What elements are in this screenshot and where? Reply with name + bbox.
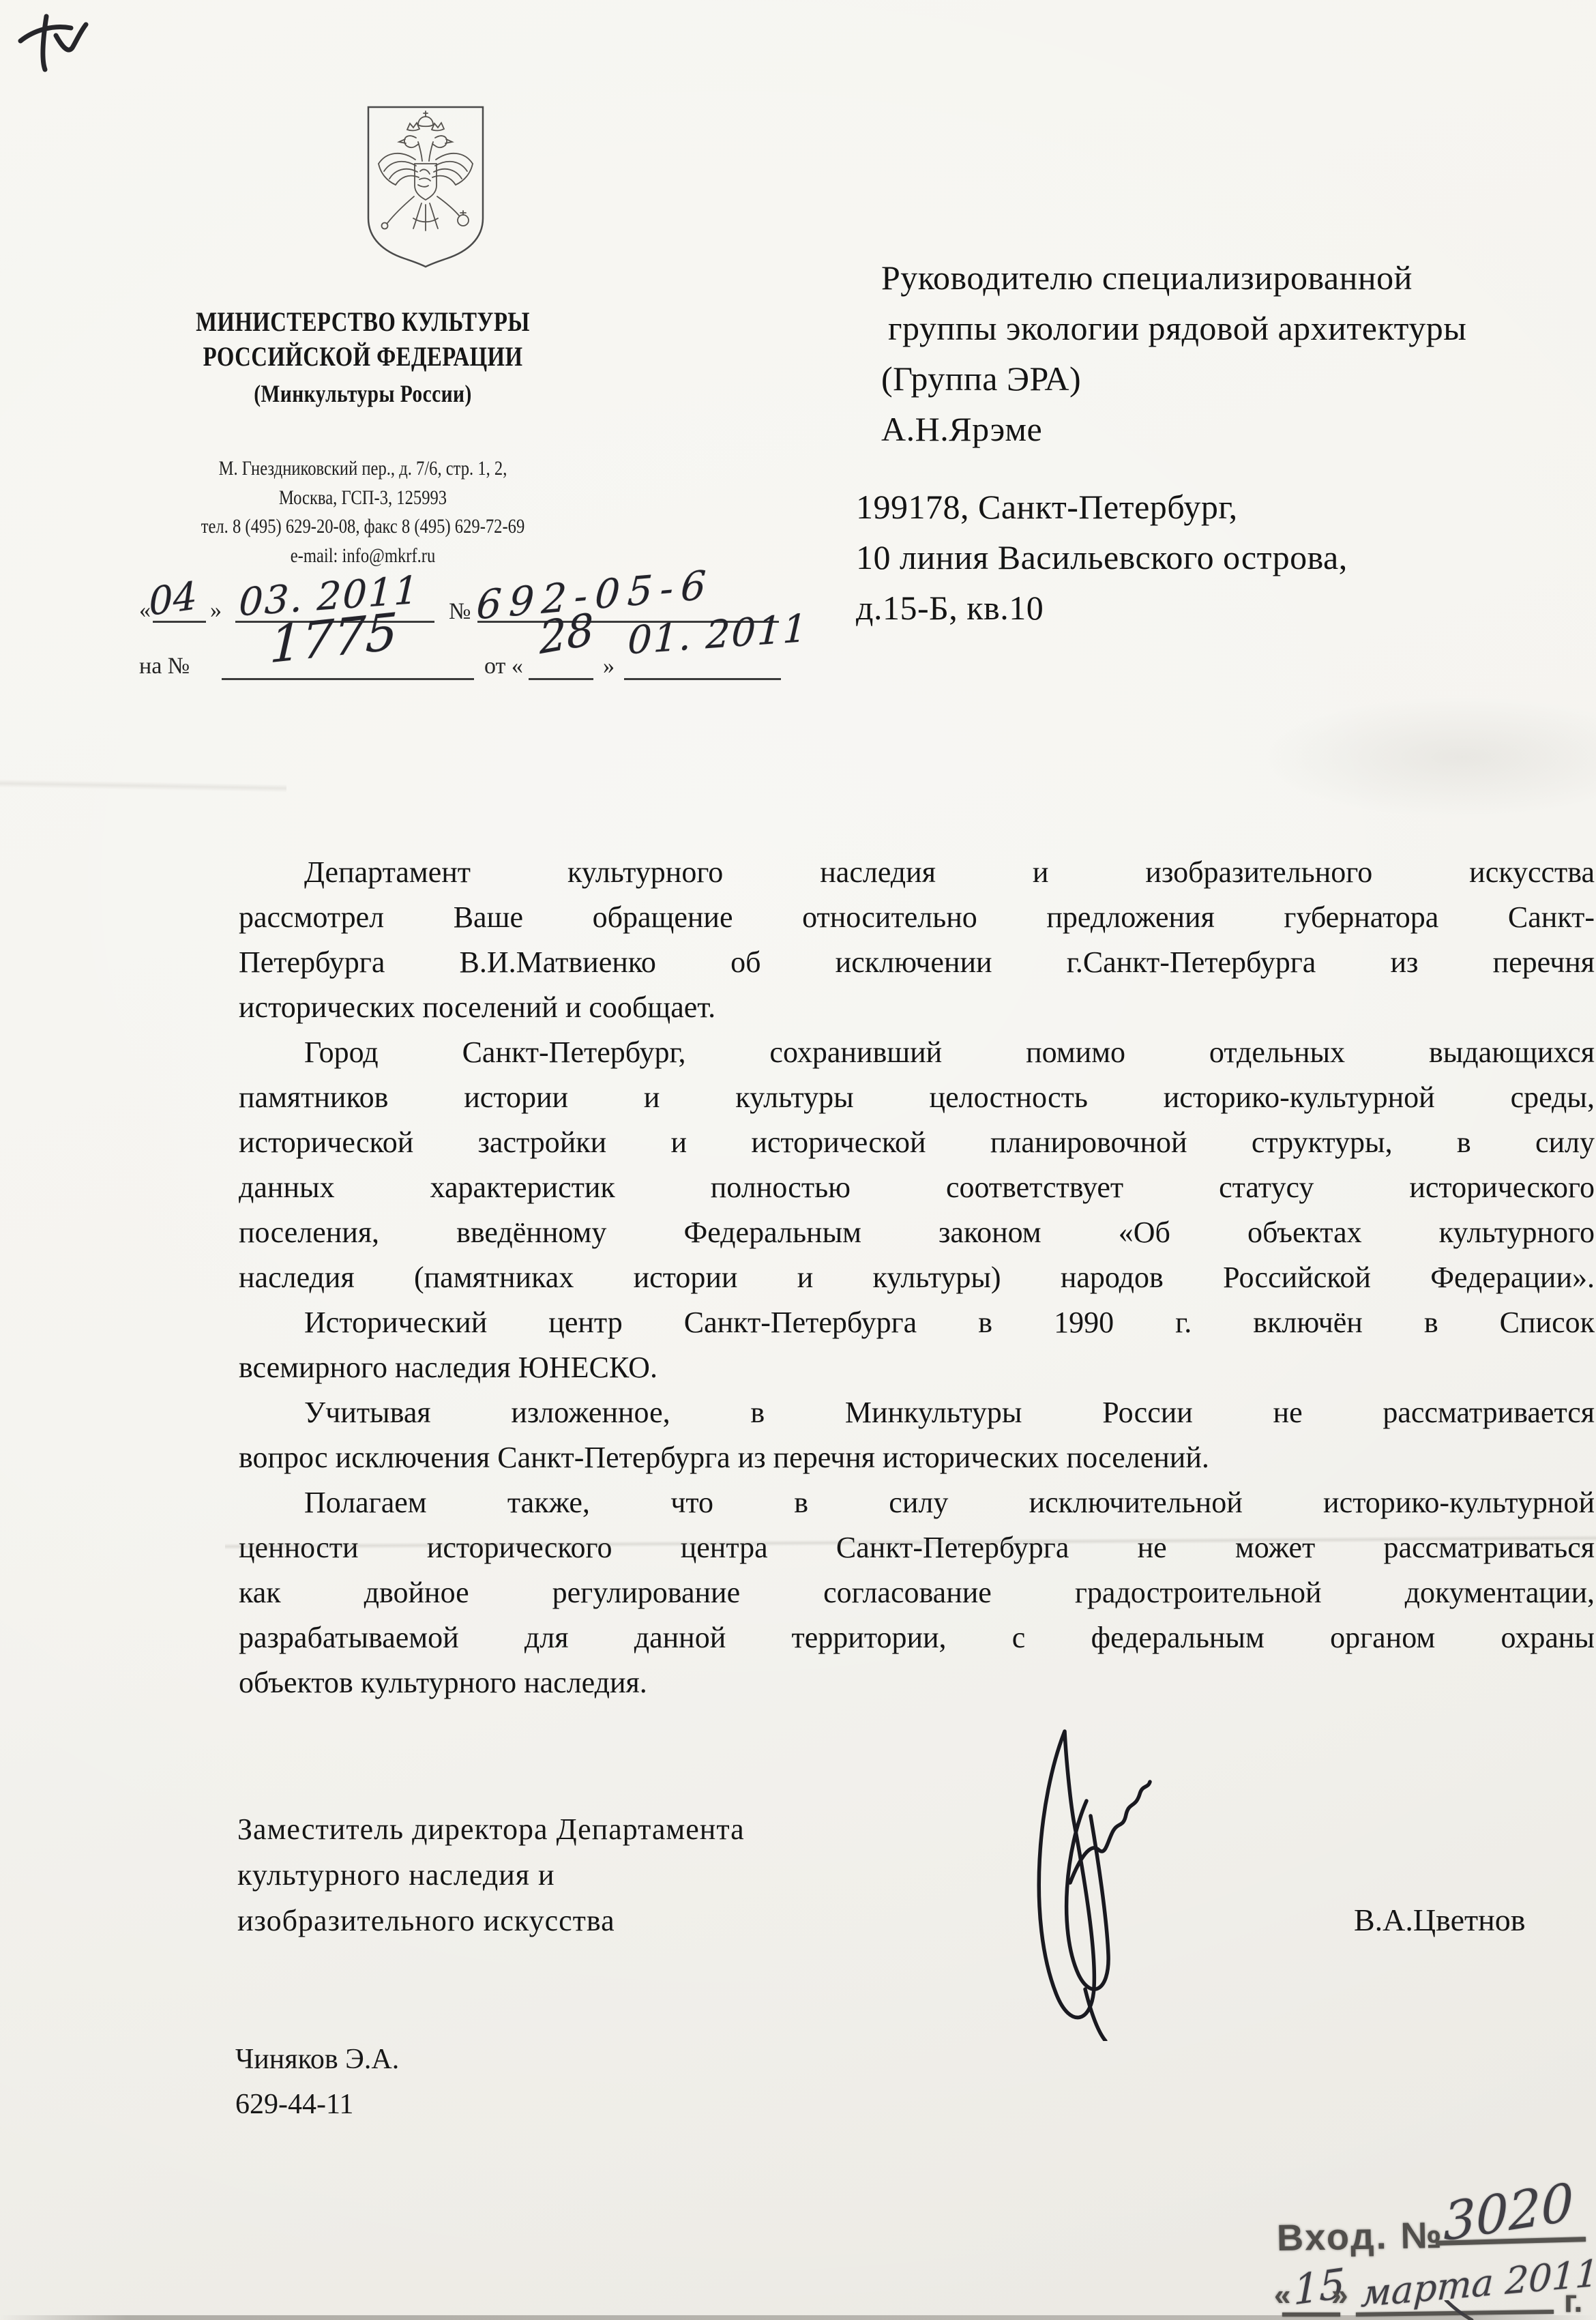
ministry-address-line: Москва, ГСП-3, 125993 <box>178 484 547 513</box>
stamp-close-quote: » <box>1331 2278 1348 2312</box>
recipient-address-line: 10 линия Васильевского острова, <box>856 532 1348 583</box>
ruled-line <box>222 678 474 680</box>
handwritten-day: 04 <box>148 574 198 625</box>
body-line: разрабатываемой для данной территории, с… <box>239 1615 1595 1660</box>
body-line: объектов культурного наследия. <box>239 1660 1595 1705</box>
ministry-address-block: М. Гнездниковский пер., д. 7/6, стр. 1, … <box>178 454 547 570</box>
body-line: данных характеристик полностью соответст… <box>239 1165 1595 1210</box>
recipient-address-line: д.15-Б, кв.10 <box>856 583 1348 633</box>
body-line: наследия (памятниках истории и культуры)… <box>239 1255 1595 1300</box>
coat-of-arms-icon <box>364 102 488 269</box>
body-line: исторической застройки и исторической пл… <box>239 1120 1595 1165</box>
signer-title-line: изобразительного искусства <box>237 1898 745 1943</box>
signer-title-line: культурного наследия и <box>237 1852 745 1898</box>
letter-body: Департамент культурного наследия и изобр… <box>239 850 1595 1705</box>
close-quote-label: » <box>603 654 615 679</box>
body-line: Учитывая изложенное, в Минкультуры Росси… <box>239 1390 1595 1435</box>
body-line: исторических поселений и сообщает. <box>239 985 1595 1030</box>
ruled-line <box>153 621 206 623</box>
recipient-line: А.Н.Ярэме <box>881 404 1466 454</box>
stamp-year-suffix: г. <box>1564 2282 1582 2319</box>
signer-name: В.А.Цветнов <box>1354 1902 1525 1938</box>
number-label: № <box>449 599 471 625</box>
close-quote-label: » <box>210 598 222 623</box>
body-line: поселения, введённому Федеральным законо… <box>239 1210 1595 1255</box>
executor-name: Чиняков Э.А. <box>235 2037 399 2082</box>
body-line: вопрос исключения Санкт-Петербурга из пе… <box>239 1435 1595 1480</box>
body-line: рассмотрел Ваше обращение относительно п… <box>239 895 1595 940</box>
recipient-line: группы экологии рядовой архитектуры <box>888 303 1466 353</box>
signer-title-line: Заместитель директора Департамента <box>237 1806 745 1852</box>
recipient-block: Руководителю специализированной группы э… <box>881 252 1466 454</box>
executor-phone: 629-44-11 <box>235 2082 399 2127</box>
ruled-line <box>624 678 781 680</box>
signer-title-block: Заместитель директора Департамента культ… <box>237 1806 745 1943</box>
body-line: Департамент культурного наследия и изобр… <box>239 850 1595 895</box>
recipient-line: Руководителю специализированной <box>881 252 1466 303</box>
ministry-name-line: МИНИСТЕРСТВО КУЛЬТУРЫ <box>178 304 547 339</box>
ministry-address-line: М. Гнездниковский пер., д. 7/6, стр. 1, … <box>178 454 547 484</box>
body-line: Петербурга В.И.Матвиенко об исключении г… <box>239 940 1595 985</box>
recipient-address-line: 199178, Санкт-Петербург, <box>856 482 1348 532</box>
incoming-number-label: на № <box>139 654 190 679</box>
ministry-address-line: e-mail: info@mkrf.ru <box>178 542 547 571</box>
body-line: Полагаем также, что в силу исключительно… <box>239 1480 1595 1525</box>
handwritten-incoming-number: 1775 <box>269 602 398 675</box>
corner-pen-mark-icon <box>11 5 93 74</box>
ministry-address-line: тел. 8 (495) 629-20-08, факс 8 (495) 629… <box>178 512 547 542</box>
incoming-stamp-label: Вход. № <box>1276 2214 1444 2259</box>
body-line: всемирного наследия ЮНЕСКО. <box>239 1345 1595 1390</box>
body-line: Исторический центр Санкт-Петербурга в 19… <box>239 1300 1595 1345</box>
ministry-name-line: РОССИЙСКОЙ ФЕДЕРАЦИИ <box>178 339 547 374</box>
signature-scribble-icon <box>984 1720 1230 2041</box>
handwritten-reply-day: 28 <box>538 604 595 665</box>
stamp-open-quote: « <box>1274 2278 1290 2312</box>
recipient-address-block: 199178, Санкт-Петербург, 10 линия Василь… <box>856 482 1348 633</box>
body-line: памятников истории и культуры целостност… <box>239 1075 1595 1120</box>
scan-crease <box>0 768 286 800</box>
from-label: от « <box>484 654 523 679</box>
scan-crease <box>1262 696 1596 819</box>
executor-block: Чиняков Э.А. 629-44-11 <box>235 2037 399 2127</box>
body-line: ценности исторического центра Санкт-Пете… <box>239 1525 1595 1570</box>
handwritten-reply-month-year: 01. 2011 <box>627 606 809 664</box>
recipient-line: (Группа ЭРА) <box>881 353 1466 404</box>
scan-bottom-edge <box>0 2315 1596 2320</box>
body-line: как двойное регулирование согласование г… <box>239 1570 1595 1615</box>
ruled-line <box>529 678 593 680</box>
ministry-short-name: (Минкультуры России) <box>178 379 547 408</box>
scanned-letter-page: МИНИСТЕРСТВО КУЛЬТУРЫ РОССИЙСКОЙ ФЕДЕРАЦ… <box>0 0 1596 2320</box>
ministry-name-block: МИНИСТЕРСТВО КУЛЬТУРЫ РОССИЙСКОЙ ФЕДЕРАЦ… <box>178 304 547 408</box>
body-line: Город Санкт-Петербург, сохранивший помим… <box>239 1030 1595 1075</box>
